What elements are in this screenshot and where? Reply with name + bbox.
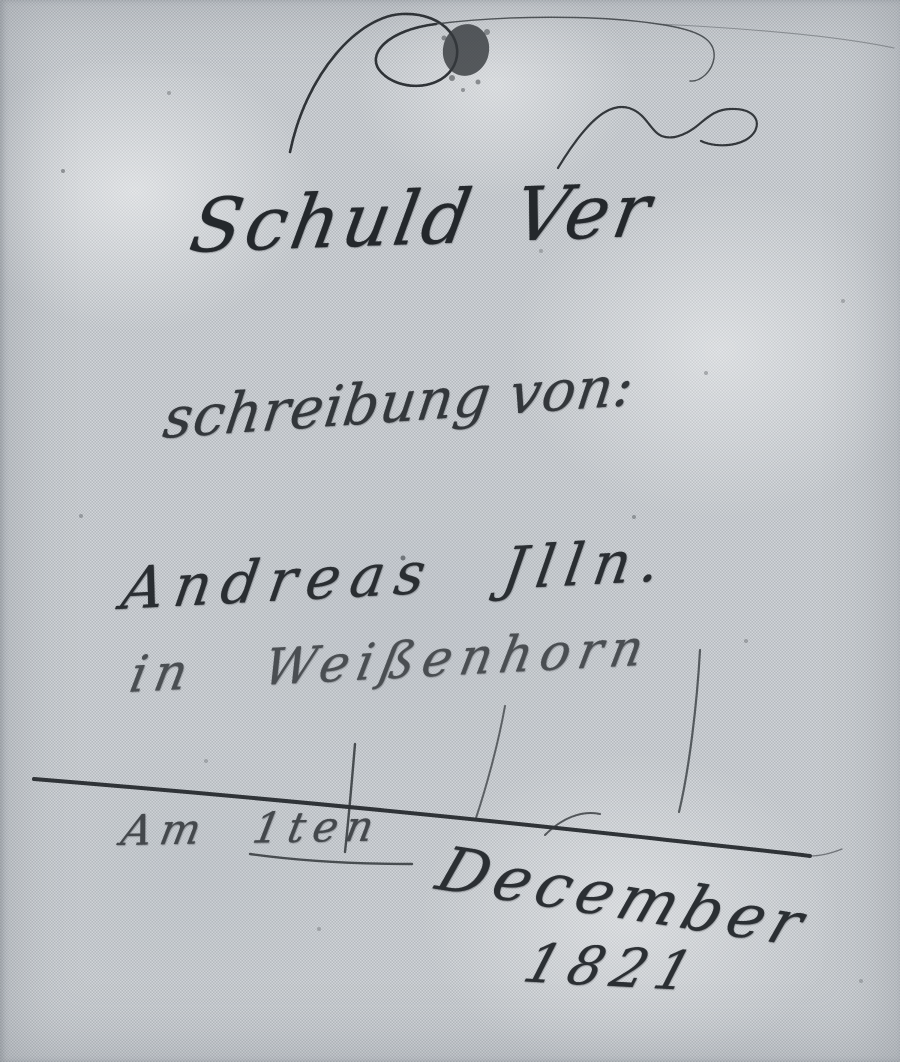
- descender-stroke: [476, 706, 505, 818]
- ink-blot-speck: [461, 88, 465, 92]
- ink-blot-speck: [442, 36, 447, 41]
- handwritten-place-line: in Weißenhorn: [126, 622, 656, 700]
- d-flourish: [545, 813, 600, 835]
- rule-end-hairline: [810, 849, 842, 856]
- faint-hairline: [658, 24, 894, 48]
- handwritten-date-year: 1821: [518, 937, 707, 999]
- ink-blot-speck: [449, 75, 455, 81]
- date-underline: [250, 854, 412, 864]
- flourish-wave: [558, 107, 757, 168]
- calligraphic-flourish-tail: [436, 17, 714, 81]
- handwritten-date-day: Am 1ten: [118, 805, 385, 852]
- handwritten-name-line: Andreas Jlln.: [118, 531, 674, 618]
- ink-blot-speck: [476, 80, 481, 85]
- manuscript-page: Schuld Ver schreibung von: Andreas Jlln.…: [0, 0, 900, 1062]
- paper-specks: [0, 0, 2, 2]
- handwritten-title-line-1: Schuld Ver: [185, 173, 660, 264]
- descender-stroke: [679, 650, 700, 812]
- calligraphic-flourish: [290, 14, 457, 152]
- handwritten-title-line-2: schreibung von:: [160, 358, 638, 448]
- ink-blot-speck: [484, 29, 490, 35]
- ink-blot: [437, 19, 495, 81]
